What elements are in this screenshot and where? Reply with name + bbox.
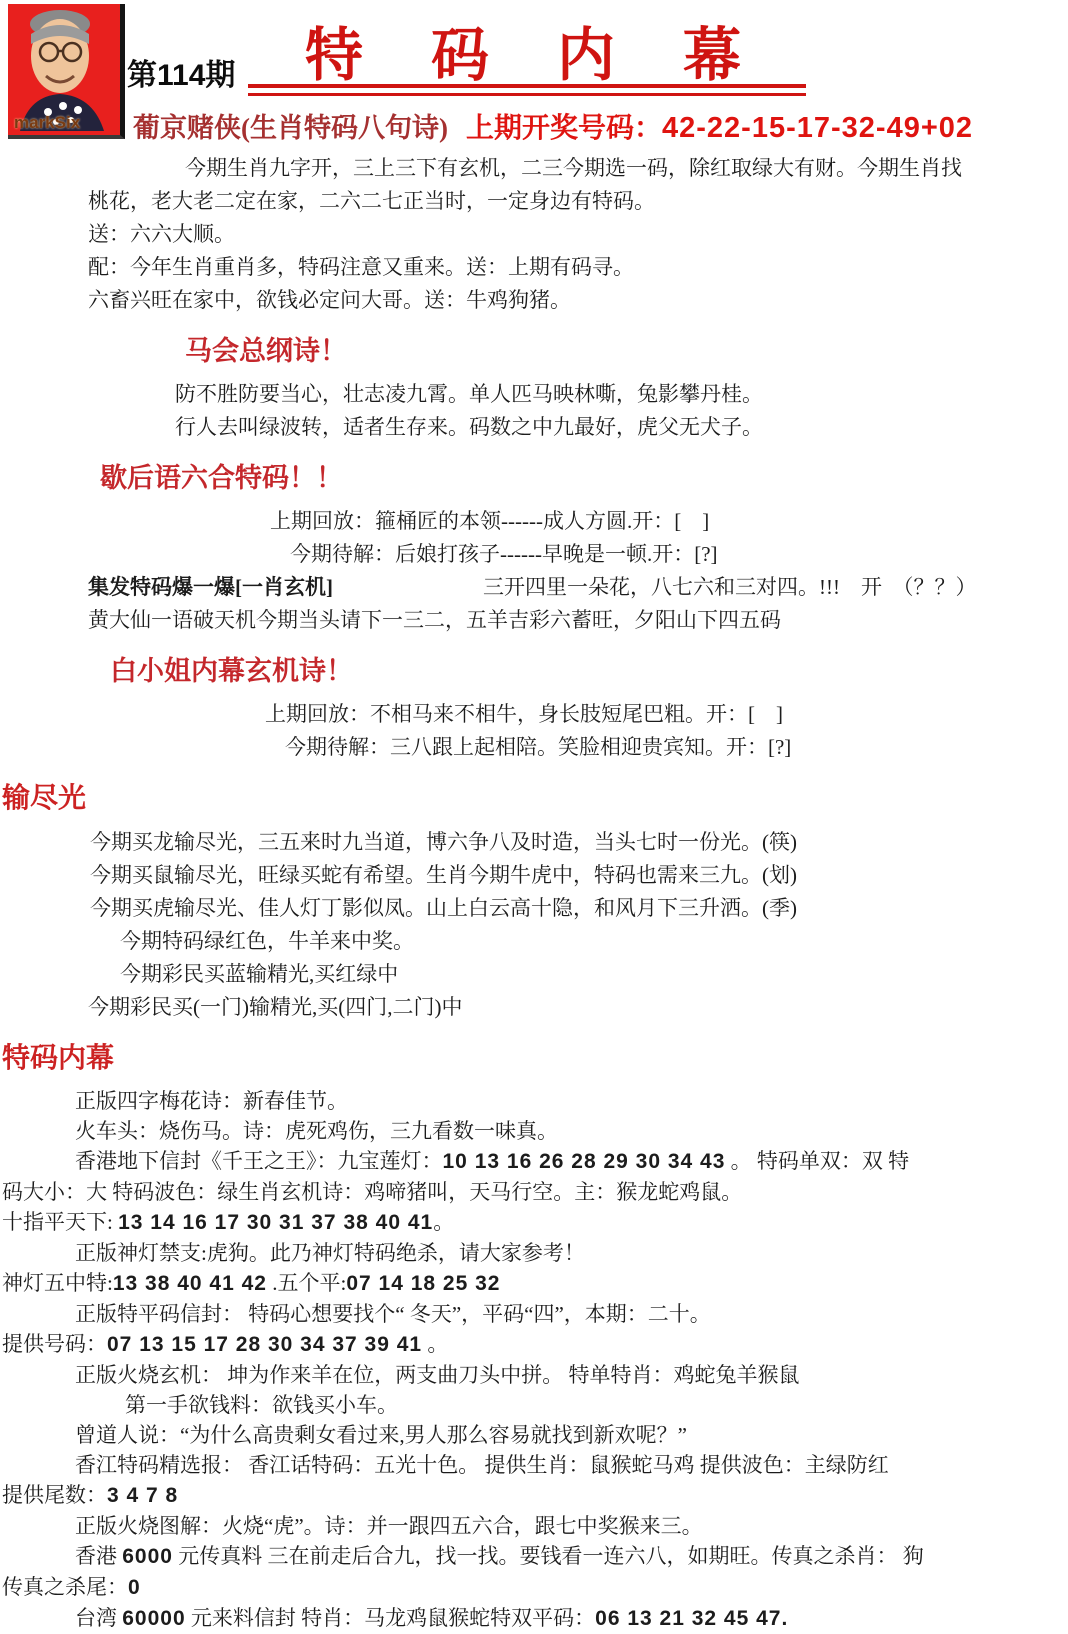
text-line: 今期买龙输尽光，三五来时九当道，博六争八及时造，当头七时一份光。(筷) xyxy=(90,826,1068,859)
text-line: 今期生肖九字开，三上三下有玄机，二三今期选一码，除红取绿大有财。今期生肖找 xyxy=(185,152,1068,185)
section-heading: 马会总纲诗！ xyxy=(185,329,1068,368)
section-heading: 输尽光 xyxy=(2,776,1068,816)
line-text: 神灯五中特: xyxy=(2,1271,113,1295)
line-text: 正版火烧玄机： 坤为作来羊在位，两支曲刀头中拼。 特单特肖：鸡蛇兔羊猴鼠 xyxy=(75,1363,800,1387)
text-line: 正版四字梅花诗：新春佳节。 xyxy=(75,1086,1068,1116)
line-text: 元来料信封 特肖：马龙鸡鼠猴蛇特双平码： xyxy=(186,1606,596,1630)
text-line: 神灯五中特:13 38 40 41 42 .五个平:07 14 18 25 32 xyxy=(2,1268,1068,1299)
line-text: 曾道人说：“为什么高贵剩女看过来,男人那么容易就找到新欢呢？” xyxy=(75,1423,687,1447)
line-text: 提供号码： xyxy=(2,1332,107,1356)
page-title: 特码内幕 xyxy=(305,8,809,92)
line-text: 三开四里一朵花，八七六和三对四。!!! 开 （？？） xyxy=(483,575,976,599)
text-line: 行人去叫绿波转，适者生存来。码数之中九最好，虎父无犬子。 xyxy=(175,411,1068,444)
line-label: 集发特码爆一爆[一肖玄机] xyxy=(88,575,333,599)
masthead-photo: markSix xyxy=(8,4,125,139)
section-baixiaojie: 白小姐内幕玄机诗！ 上期回放：不相马来不相牛，身长肢短尾巴粗。开：[ ] 今期待… xyxy=(0,649,1068,764)
text-line: 桃花，老大老二定在家，二六二七正当时，一定身边有特码。 xyxy=(88,185,1068,218)
line-text: 。 特码单双：双 特 xyxy=(725,1149,909,1173)
text-line: 今期买鼠输尽光，旺绿买蛇有希望。生肖今期牛虎中，特码也需来三九。(划) xyxy=(90,859,1068,892)
line-numbers: 13 14 16 17 30 31 37 38 40 41 xyxy=(118,1211,433,1234)
text-line: 曾道人说：“为什么高贵剩女看过来,男人那么容易就找到新欢呢？” xyxy=(75,1420,1068,1450)
marksix-logo: markSix xyxy=(14,113,80,133)
text-line: 香江特码精选报： 香江话特码：五光十色。 提供生肖：鼠猴蛇马鸡 提供波色：主绿防… xyxy=(75,1450,1068,1480)
text-line: 火车头：烧伤马。诗：虎死鸡伤，三九看数一味真。 xyxy=(75,1116,1068,1146)
text-line: 今期买虎输尽光、佳人灯丁影似凤。山上白云高十隐，和风月下三升洒。(季) xyxy=(90,892,1068,925)
line-text: 传真之杀尾： xyxy=(2,1575,128,1599)
promo-row: 葡京赌侠(生肖特码八句诗) 上期开奖号码：42-22-15-17-32-49+0… xyxy=(133,106,973,146)
text-line: 集发特码爆一爆[一肖玄机]三开四里一朵花，八七六和三对四。!!! 开 （？？） xyxy=(88,571,1068,604)
line-numbers: 10 13 16 26 28 29 30 34 43 xyxy=(443,1150,726,1173)
section-mahui: 马会总纲诗！ 防不胜防要当心，壮志凌九霄。单人匹马映林嘶，兔影攀丹桂。 行人去叫… xyxy=(0,329,1068,444)
text-line: 上期回放：箍桶匠的本领------成人方圆.开：[ ] xyxy=(270,505,1068,538)
tip-sheet-page: markSix 第114期 特码内幕 葡京赌侠(生肖特码八句诗) 上期开奖号码：… xyxy=(0,0,1068,1634)
text-line: 正版火烧图解：火烧“虎”。诗：并一跟四五六合，跟七中奖猴来三。 xyxy=(75,1511,1068,1541)
line-text: 正版神灯禁支:虎狗。此乃神灯特码绝杀，请大家参考！ xyxy=(75,1241,585,1265)
last-draw-result: 上期开奖号码：42-22-15-17-32-49+02 xyxy=(466,112,973,143)
line-numbers: 07 14 18 25 32 xyxy=(346,1272,500,1295)
line-text: 正版四字梅花诗：新春佳节。 xyxy=(75,1089,348,1113)
man-portrait-icon xyxy=(8,4,115,131)
text-line: 今期特码绿红色，牛羊来中奖。 xyxy=(120,925,1068,958)
text-line: 今期彩民买(一门)输精光,买(四门,二门)中 xyxy=(88,991,1068,1024)
text-line: 上期回放：不相马来不相牛，身长肢短尾巴粗。开：[ ] xyxy=(265,698,1068,731)
line-text: 。 xyxy=(422,1332,448,1356)
text-line: 防不胜防要当心，壮志凌九霄。单人匹马映林嘶，兔影攀丹桂。 xyxy=(175,378,1068,411)
section-heading: 歇后语六合特码！！ xyxy=(100,456,1068,495)
text-line: 香港地下信封《千王之王》：九宝莲灯：10 13 16 26 28 29 30 3… xyxy=(75,1146,1068,1177)
section-xiehouyu: 歇后语六合特码！！ 上期回放：箍桶匠的本领------成人方圆.开：[ ] 今期… xyxy=(0,456,1068,637)
line-numbers: 3 4 7 8 xyxy=(107,1484,178,1507)
text-line: 今期彩民买蓝输精光,买红绿中 xyxy=(120,958,1068,991)
text-line: 正版神灯禁支:虎狗。此乃神灯特码绝杀，请大家参考！ xyxy=(75,1238,1068,1268)
text-line: 六畜兴旺在家中，欲钱必定问大哥。送：牛鸡狗猪。 xyxy=(88,284,1068,317)
text-line: 配：今年生肖重肖多，特码注意又重来。送：上期有码寻。 xyxy=(88,251,1068,284)
text-line: 送：六六大顺。 xyxy=(88,218,1068,251)
text-line: 黄大仙一语破天机今期当头请下一三二，五羊吉彩六蓄旺，夕阳山下四五码 xyxy=(88,604,1068,637)
line-numbers: 06 13 21 32 45 47. xyxy=(595,1607,788,1630)
line-text: .五个平: xyxy=(267,1271,346,1295)
draw-numbers: 42-22-15-17-32-49+02 xyxy=(662,112,973,144)
line-numbers: 07 13 15 17 28 30 34 37 39 41 xyxy=(107,1333,422,1356)
section-shujinguang: 输尽光 今期买龙输尽光，三五来时九当道，博六争八及时造，当头七时一份光。(筷) … xyxy=(0,776,1068,1024)
line-text: 香港地下信封《千王之王》：九宝莲灯： xyxy=(75,1149,443,1173)
text-line: 正版火烧玄机： 坤为作来羊在位，两支曲刀头中拼。 特单特肖：鸡蛇兔羊猴鼠 xyxy=(75,1360,1068,1390)
section-intro: 今期生肖九字开，三上三下有玄机，二三今期选一码，除红取绿大有财。今期生肖找 桃花… xyxy=(0,152,1068,317)
promo-left-text: 葡京赌侠(生肖特码八句诗) xyxy=(133,113,448,143)
line-text: 火车头：烧伤马。诗：虎死鸡伤，三九看数一味真。 xyxy=(75,1119,558,1143)
section-heading: 白小姐内幕玄机诗！ xyxy=(110,649,1068,688)
text-line: 传真之杀尾：0 xyxy=(2,1572,1068,1603)
line-text: 正版火烧图解：火烧“虎”。诗：并一跟四五六合，跟七中奖猴来三。 xyxy=(75,1514,703,1538)
line-text: 提供尾数： xyxy=(2,1483,107,1507)
line-text: 第一手欲钱料：欲钱买小车。 xyxy=(125,1393,398,1417)
line-text: 香港 xyxy=(75,1544,122,1568)
line-text: 台湾 xyxy=(75,1606,122,1630)
line-text: 正版特平码信封： 特码心想要找个“ 冬天”，平码“四”，本期：二十。 xyxy=(75,1302,711,1326)
line-text: 香江特码精选报： 香江话特码：五光十色。 提供生肖：鼠猴蛇马鸡 提供波色：主绿防… xyxy=(75,1453,889,1477)
section-heading: 特码内幕 xyxy=(2,1036,1068,1076)
text-line: 今期待解：三八跟上起相陪。笑脸相迎贵宾知。开：[?] xyxy=(285,731,1068,764)
line-text: 码大小：大 特码波色：绿生肖玄机诗：鸡啼猪叫，天马行空。主：猴龙蛇鸡鼠。 xyxy=(2,1180,742,1204)
line-numbers: 60000 xyxy=(122,1607,185,1630)
text-line: 十指平天下: 13 14 16 17 30 31 37 38 40 41。 xyxy=(2,1207,1068,1238)
section-neimu: 特码内幕 正版四字梅花诗：新春佳节。 火车头：烧伤马。诗：虎死鸡伤，三九看数一味… xyxy=(0,1036,1068,1634)
line-numbers: 13 38 40 41 42 xyxy=(113,1272,267,1295)
text-line: 香港 6000 元传真料 三在前走后合九，找一找。要钱看一连六八，如期旺。传真之… xyxy=(75,1541,1068,1572)
issue-number: 第114期 xyxy=(127,50,235,94)
line-text: 。 xyxy=(433,1210,454,1234)
text-line: 正版特平码信封： 特码心想要找个“ 冬天”，平码“四”，本期：二十。 xyxy=(75,1299,1068,1329)
line-text: 十指平天下: xyxy=(2,1210,118,1234)
line-numbers: 6000 xyxy=(122,1545,173,1568)
text-line: 码大小：大 特码波色：绿生肖玄机诗：鸡啼猪叫，天马行空。主：猴龙蛇鸡鼠。 xyxy=(2,1177,1068,1207)
line-numbers: 0 xyxy=(128,1576,141,1599)
text-line: 台湾 60000 元来料信封 特肖：马龙鸡鼠猴蛇特双平码：06 13 21 32… xyxy=(75,1603,1068,1634)
line-text: 元传真料 三在前走后合九，找一找。要钱看一连六八，如期旺。传真之杀肖： 狗 xyxy=(173,1544,924,1568)
text-line: 提供号码：07 13 15 17 28 30 34 37 39 41 。 xyxy=(2,1329,1068,1360)
text-line: 今期待解：后娘打孩子------早晚是一顿.开：[?] xyxy=(290,538,1068,571)
text-line: 第一手欲钱料：欲钱买小车。 xyxy=(125,1390,1068,1420)
title-underline xyxy=(248,84,806,96)
masthead: markSix 第114期 特码内幕 葡京赌侠(生肖特码八句诗) 上期开奖号码：… xyxy=(0,0,1068,152)
text-line: 提供尾数：3 4 7 8 xyxy=(2,1480,1068,1511)
draw-label: 上期开奖号码： xyxy=(466,112,662,143)
